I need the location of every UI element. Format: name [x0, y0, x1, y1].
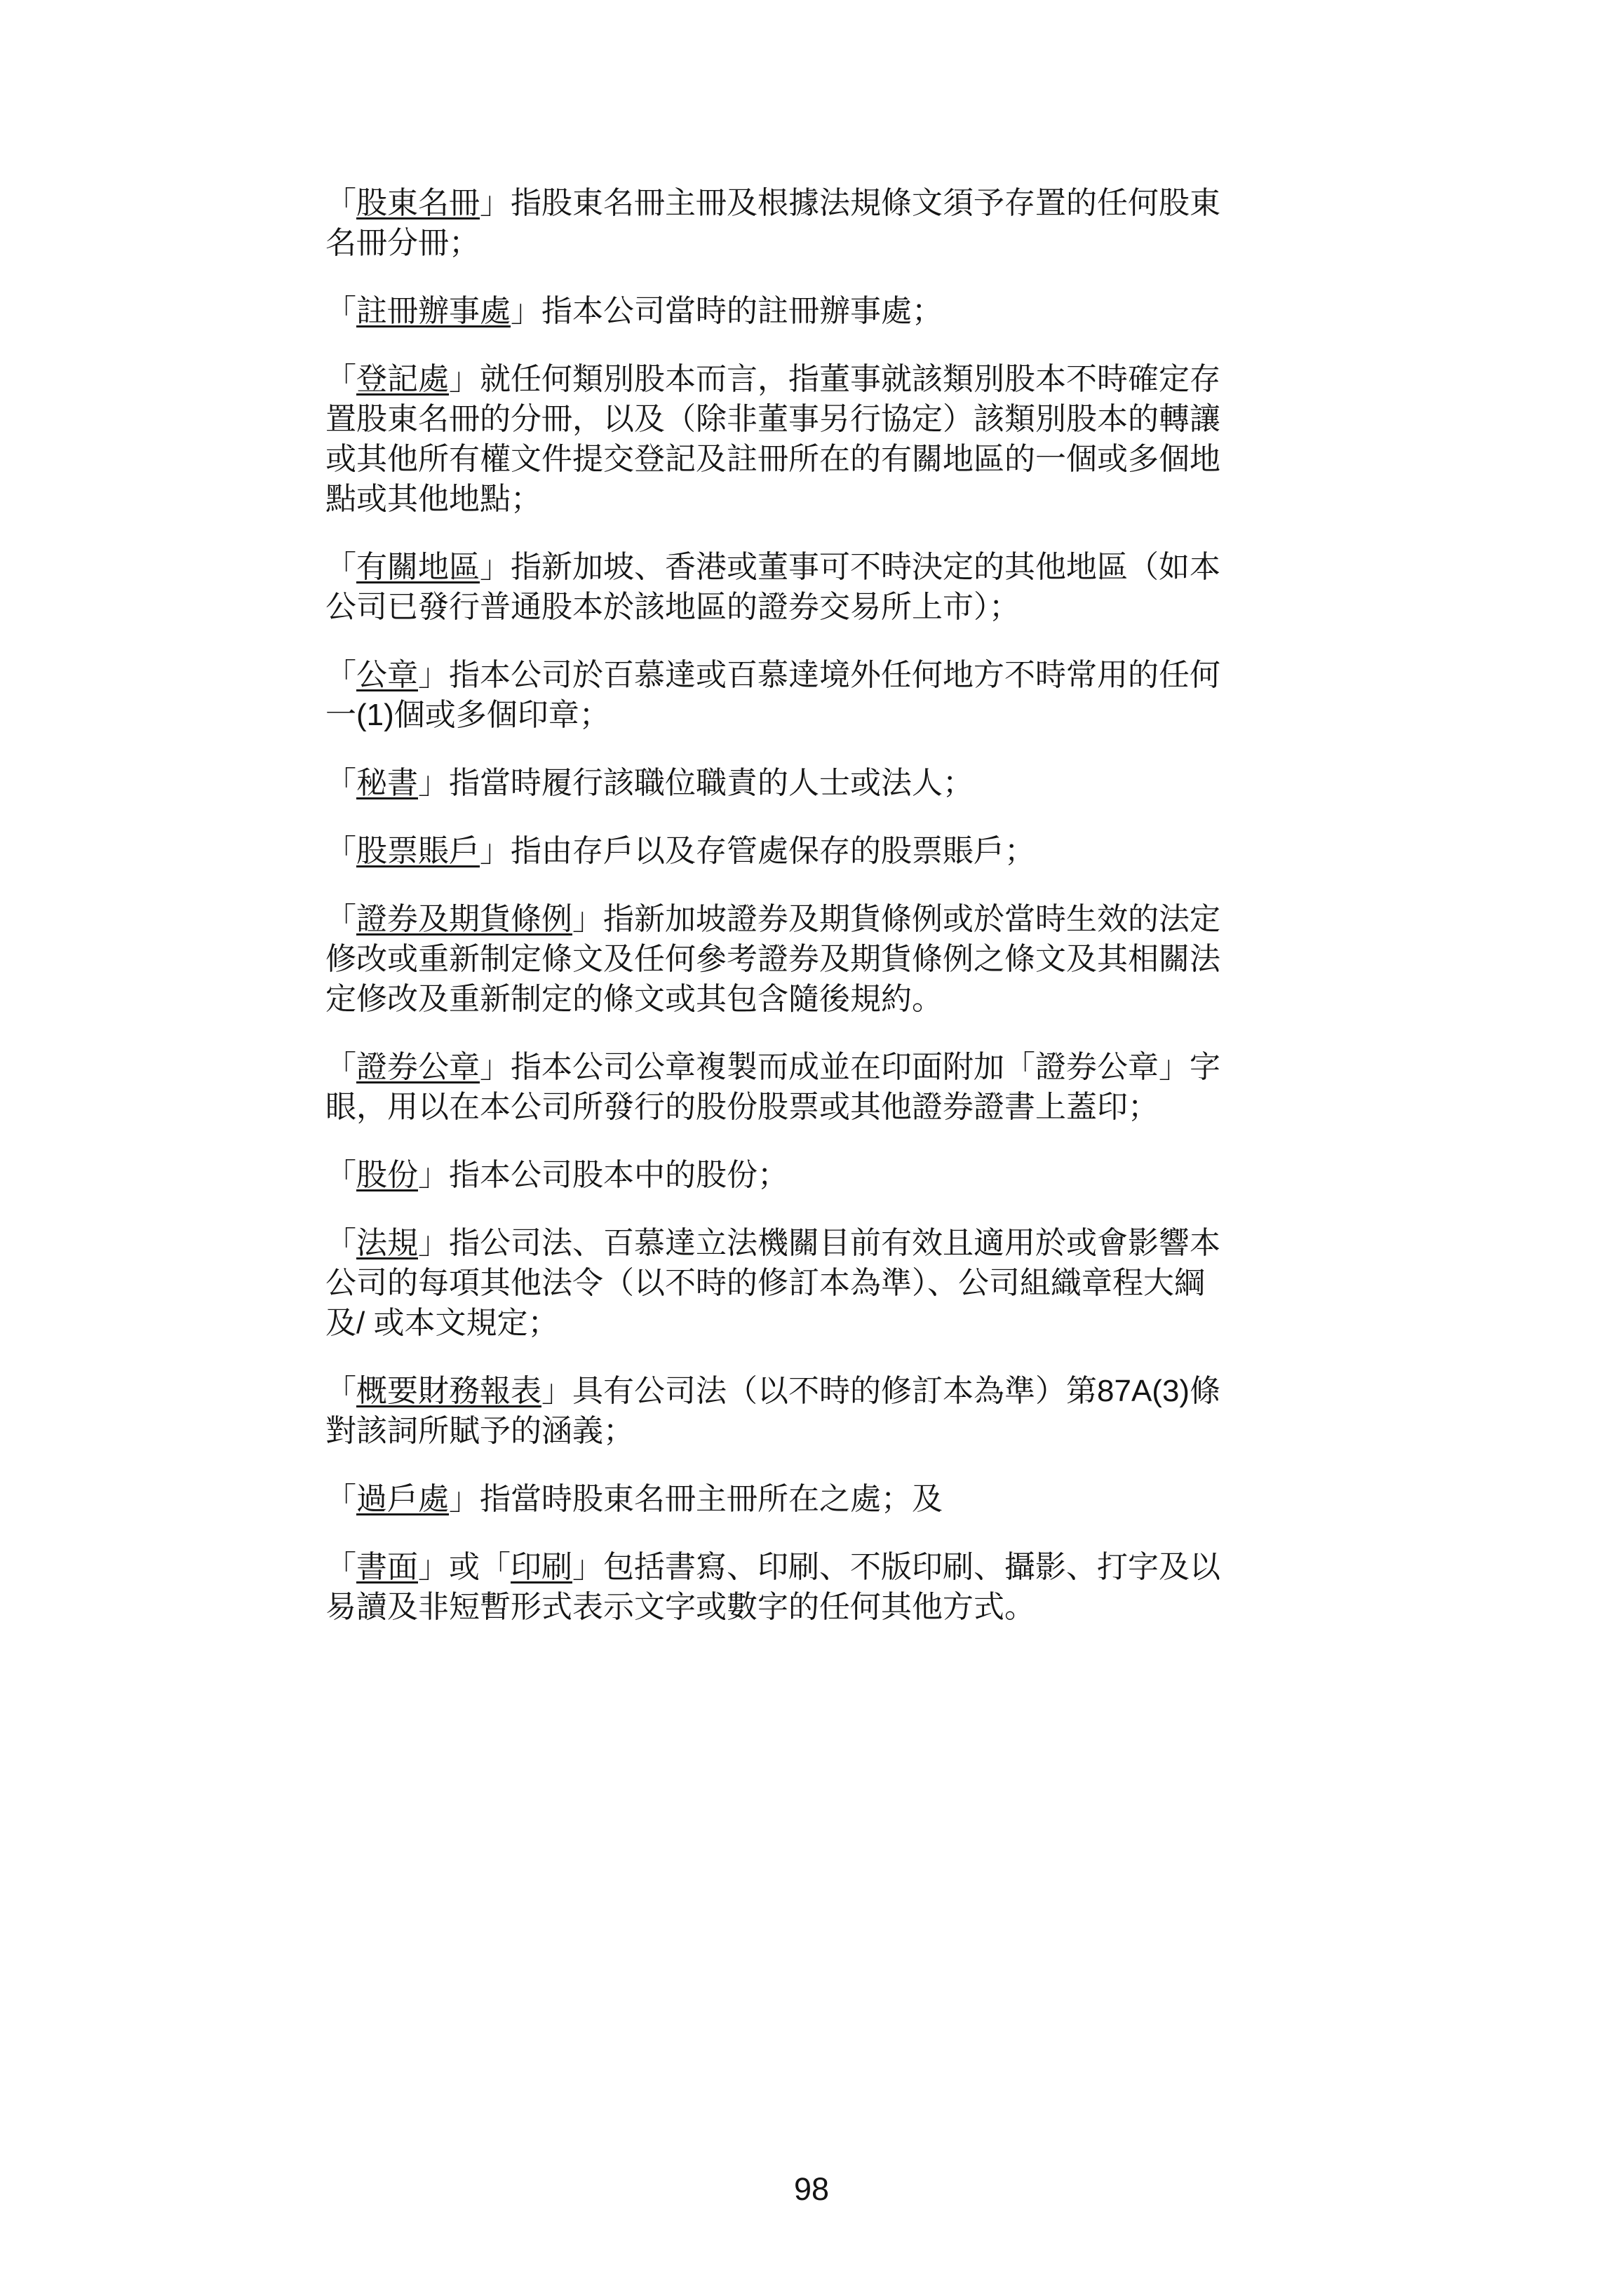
definition-paragraph: 「法規」指公司法、百慕達立法機關目前有效且適用於或會影響本公司的每項其他法令（以…	[325, 1223, 1225, 1343]
definition-paragraph: 「註冊辦事處」指本公司當時的註冊辦事處；	[325, 291, 1225, 331]
paragraph-text: 「	[325, 658, 356, 692]
paragraph-text: 「	[325, 766, 356, 800]
definition-paragraph: 「書面」或「印刷」包括書寫、印刷、不版印刷、攝影、打字及以易讀及非短暫形式表示文…	[325, 1547, 1225, 1627]
defined-term: 法規	[356, 1226, 418, 1260]
defined-term: 概要財務報表	[356, 1374, 541, 1408]
document-page: 「股東名冊」指股東名冊主冊及根據法規條文須予存置的任何股東名冊分冊；「註冊辦事處…	[0, 0, 1623, 2296]
definition-paragraph: 「概要財務報表」具有公司法（以不時的修訂本為準）第87A(3)條對該詞所賦予的涵…	[325, 1371, 1225, 1451]
defined-term: 股票賬戶	[356, 834, 480, 868]
paragraph-text: 」指本公司股本中的股份；	[418, 1158, 788, 1192]
paragraph-text: 」指由存戶以及存管處保存的股票賬戶；	[480, 834, 1035, 868]
defined-term: 股份	[356, 1158, 418, 1192]
paragraph-text: 」指本公司於百慕達或百慕達境外任何地方不時常用的任何一(1)個或多個印章；	[325, 658, 1220, 732]
paragraph-text: 「	[325, 550, 356, 584]
paragraph-text: 」或「	[418, 1550, 511, 1584]
definition-paragraph: 「證券及期貨條例」指新加坡證券及期貨條例或於當時生效的法定修改或重新制定條文及任…	[325, 899, 1225, 1019]
paragraph-text: 」指當時履行該職位職責的人士或法人；	[418, 766, 974, 800]
definition-paragraph: 「有關地區」指新加坡、香港或董事可不時決定的其他地區（如本公司已發行普通股本於該…	[325, 547, 1225, 627]
defined-term: 證券及期貨條例	[356, 902, 572, 936]
defined-term: 過戶處	[356, 1482, 449, 1516]
paragraph-text: 「	[325, 834, 356, 868]
paragraph-text: 「	[325, 362, 356, 396]
paragraph-text: 」指公司法、百慕達立法機關目前有效且適用於或會影響本公司的每項其他法令（以不時的…	[325, 1226, 1220, 1340]
defined-term: 秘書	[356, 766, 418, 800]
defined-term: 公章	[356, 658, 418, 692]
paragraph-text: 「	[325, 1158, 356, 1192]
defined-term: 有關地區	[356, 550, 480, 584]
definition-paragraph: 「公章」指本公司於百慕達或百慕達境外任何地方不時常用的任何一(1)個或多個印章；	[325, 655, 1225, 735]
page-number: 98	[0, 2171, 1623, 2208]
definition-paragraph: 「股份」指本公司股本中的股份；	[325, 1155, 1225, 1195]
definition-paragraph: 「股票賬戶」指由存戶以及存管處保存的股票賬戶；	[325, 831, 1225, 871]
definition-paragraph: 「證券公章」指本公司公章複製而成並在印面附加「證券公章」字眼，用以在本公司所發行…	[325, 1047, 1225, 1127]
paragraph-text: 「	[325, 294, 356, 328]
defined-term: 登記處	[356, 362, 449, 396]
definitions-list: 「股東名冊」指股東名冊主冊及根據法規條文須予存置的任何股東名冊分冊；「註冊辦事處…	[325, 183, 1225, 1627]
paragraph-text: 「	[325, 1550, 356, 1584]
paragraph-text: 「	[325, 1226, 356, 1260]
paragraph-text: 」就任何類別股本而言，指董事就該類別股本不時確定存置股東名冊的分冊，以及（除非董…	[325, 362, 1220, 516]
definition-paragraph: 「股東名冊」指股東名冊主冊及根據法規條文須予存置的任何股東名冊分冊；	[325, 183, 1225, 263]
definition-paragraph: 「登記處」就任何類別股本而言，指董事就該類別股本不時確定存置股東名冊的分冊，以及…	[325, 359, 1225, 519]
defined-term: 書面	[356, 1550, 418, 1584]
paragraph-text: 「	[325, 1374, 356, 1408]
paragraph-text: 「	[325, 1482, 356, 1516]
paragraph-text: 「	[325, 186, 356, 220]
definition-paragraph: 「過戶處」指當時股東名冊主冊所在之處；及	[325, 1479, 1225, 1519]
paragraph-text: 」指當時股東名冊主冊所在之處；及	[449, 1482, 943, 1516]
paragraph-text: 」指本公司當時的註冊辦事處；	[511, 294, 943, 328]
paragraph-text: 「	[325, 1050, 356, 1084]
defined-term: 股東名冊	[356, 186, 480, 220]
defined-term: 印刷	[511, 1550, 572, 1584]
defined-term: 證券公章	[356, 1050, 480, 1084]
paragraph-text: 「	[325, 902, 356, 936]
defined-term: 註冊辦事處	[356, 294, 511, 328]
definition-paragraph: 「秘書」指當時履行該職位職責的人士或法人；	[325, 763, 1225, 803]
